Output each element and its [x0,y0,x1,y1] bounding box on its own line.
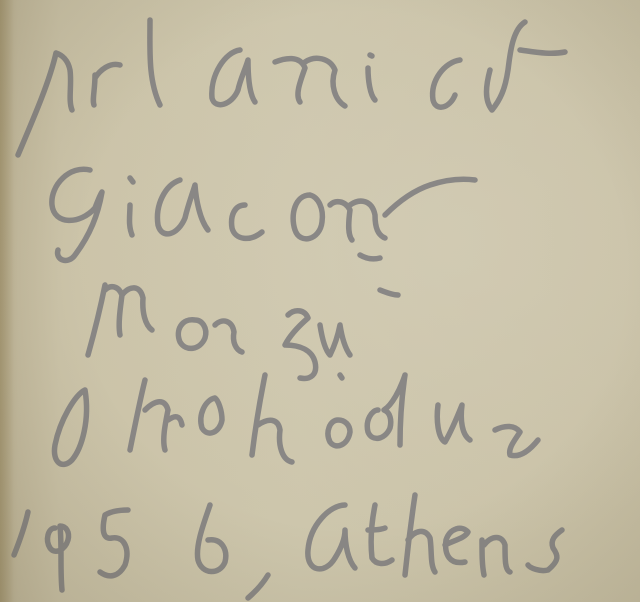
line-1-strokes [18,20,565,155]
line-3-strokes [88,285,398,378]
handwritten-inscription [0,0,640,602]
line-2-strokes [52,169,475,260]
line-5-strokes [14,495,562,598]
line-4-strokes [54,375,538,464]
